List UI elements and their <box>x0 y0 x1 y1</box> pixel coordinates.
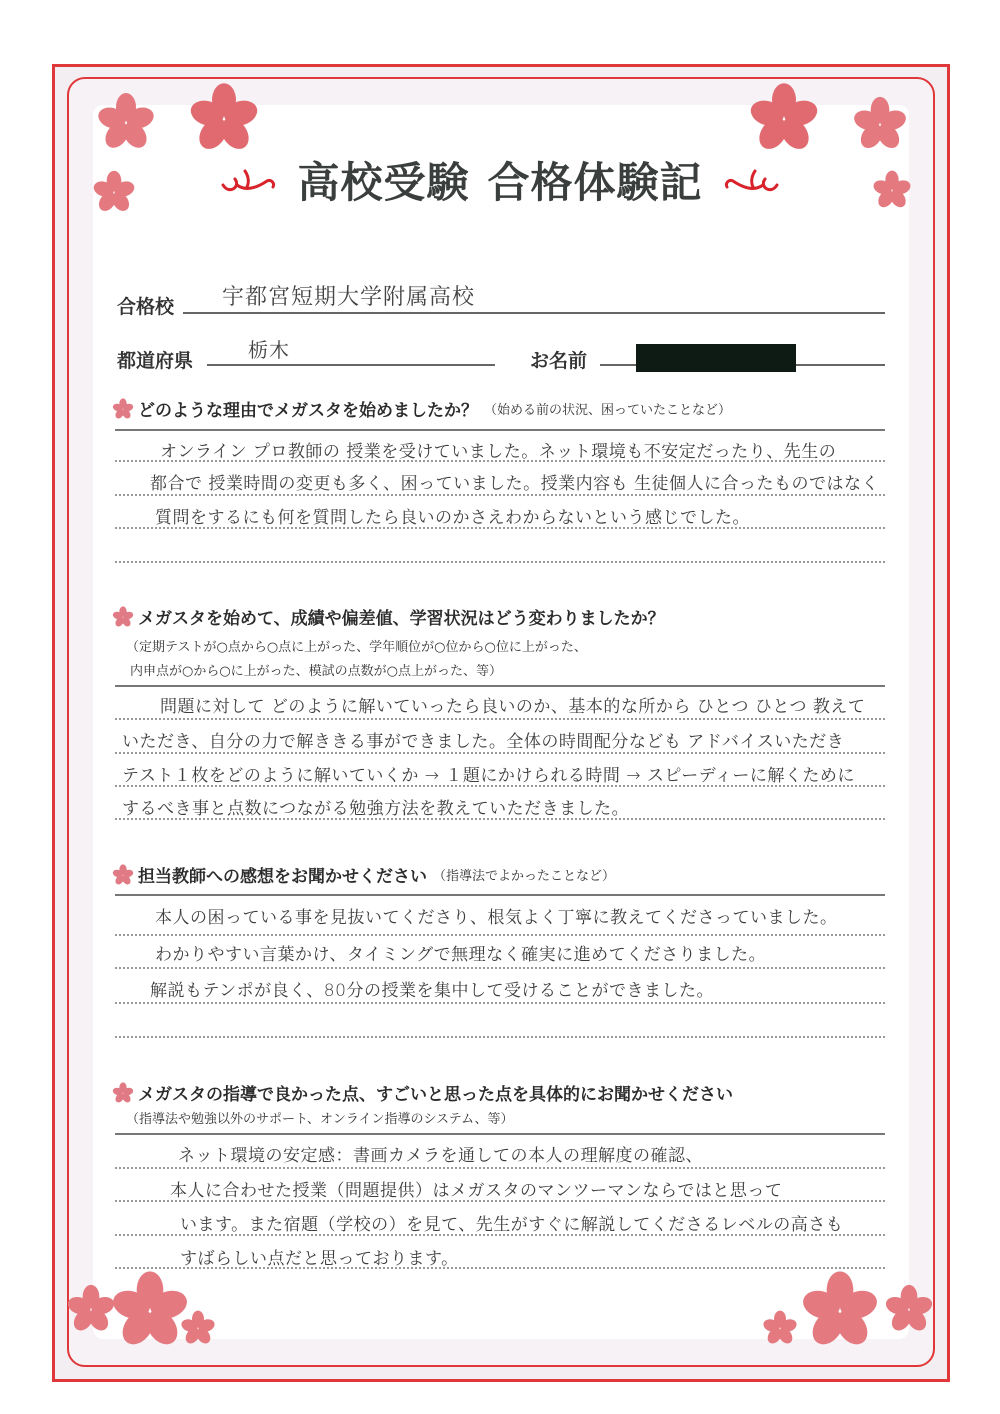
cherry-blossom-icon <box>188 82 260 154</box>
question-text: メガスタの指導で良かった点、すごいと思った点を具体的にお聞かせください <box>138 1080 733 1105</box>
question-note: 内申点が○から○に上がった、模試の点数が○点上がった、等） <box>130 660 502 679</box>
cherry-blossom-icon <box>110 1270 190 1350</box>
cherry-blossom-icon <box>800 1270 880 1350</box>
answer-line: いただき、自分の力で解ききる事ができました。全体の時間配分なども アドバイスいた… <box>122 727 844 752</box>
title-row: 高校受験 合格体験記 <box>0 150 1000 210</box>
question-text: どのような理由でメガスタを始めましたか？ <box>138 396 478 421</box>
answer-line: います。また宿題（学校の）を見て、先生がすぐに解説してくださるレベルの高さも <box>180 1210 843 1235</box>
cherry-blossom-icon <box>762 1310 798 1346</box>
question-subtext: （指導法でよかったことなど） <box>433 865 615 884</box>
prefecture-line <box>207 364 495 366</box>
answer-line: テスト１枚をどのように解いていくか → １題にかけられる時間 → スピーディーに… <box>122 761 855 786</box>
dotted-rule <box>115 494 885 496</box>
answer-line: 本人に合わせた授業（問題提供）はメガスタのマンツーマンならではと思って <box>170 1176 782 1201</box>
cherry-blossom-icon <box>748 82 820 154</box>
answer-line: わかりやすい言葉かけ、タイミングで無理なく確実に進めてくださりました。 <box>155 940 766 965</box>
section-rule <box>115 894 885 896</box>
answer-line: するべき事と点数につながる勉強方法を教えていただきました。 <box>122 794 629 819</box>
answer-line: 質問をするにも何を質問したら良いのかさえわからないという感じでした。 <box>155 503 750 528</box>
dotted-rule <box>115 934 885 936</box>
answer-line: すばらしい点だと思っております。 <box>180 1244 459 1269</box>
question-text: メガスタを始めて、成績や偏差値、学習状況はどう変わりましたか？ <box>138 604 665 629</box>
answer-line: 解説もテンポが良く、80分の授業を集中して受けることができました。 <box>150 976 714 1001</box>
question-1-heading: どのような理由でメガスタを始めましたか？ （始める前の状況、困っていたことなど） <box>112 396 731 421</box>
school-value: 宇都宮短期大学附属高校 <box>222 280 475 311</box>
cherry-blossom-icon <box>112 1082 134 1104</box>
page-title-part1: 高校受験 <box>297 150 469 210</box>
dotted-rule <box>115 785 885 787</box>
inner-border <box>67 77 935 1367</box>
school-label: 合格校 <box>117 292 174 319</box>
dotted-rule <box>115 1036 885 1038</box>
cherry-blossom-icon <box>112 606 134 628</box>
section-rule <box>115 429 885 431</box>
dotted-rule <box>115 460 885 462</box>
question-3-heading: 担当教師への感想をお聞かせください （指導法でよかったことなど） <box>112 862 615 887</box>
cherry-blossom-icon <box>852 96 908 152</box>
dotted-rule <box>115 1267 885 1269</box>
cherry-blossom-icon <box>180 1310 216 1346</box>
flourish-left-icon <box>219 165 279 195</box>
answer-line: 問題に対して どのように解いていったら良いのか、基本的な所から ひとつ ひとつ … <box>160 692 865 717</box>
dotted-rule <box>115 527 885 529</box>
answer-line: ネット環境の安定感：書画カメラを通しての本人の理解度の確認、 <box>178 1141 703 1166</box>
flourish-right-icon <box>721 165 781 195</box>
answer-line: オンライン プロ教師の 授業を受けていました。ネット環境も不安定だったり、先生の <box>160 437 836 462</box>
dotted-rule <box>115 752 885 754</box>
dotted-rule <box>115 718 885 720</box>
answer-line: 本人の困っている事を見抜いてくださり、根気よく丁寧に教えてくださっていました。 <box>155 903 838 928</box>
cherry-blossom-icon <box>884 1284 934 1334</box>
cherry-blossom-icon <box>96 92 156 152</box>
page-title-part2: 合格体験記 <box>488 150 703 210</box>
prefecture-label: 都道府県 <box>117 346 193 373</box>
section-rule <box>115 1133 885 1135</box>
school-line <box>183 312 885 314</box>
dotted-rule <box>115 1234 885 1236</box>
question-text: 担当教師への感想をお聞かせください <box>138 862 427 887</box>
name-redaction <box>636 344 796 372</box>
dotted-rule <box>115 1002 885 1004</box>
name-label: お名前 <box>530 346 587 373</box>
dotted-rule <box>115 818 885 820</box>
cherry-blossom-icon <box>112 864 134 886</box>
dotted-rule <box>115 967 885 969</box>
section-rule <box>115 685 885 687</box>
question-subtext: （始める前の状況、困っていたことなど） <box>484 399 731 418</box>
cherry-blossom-icon <box>112 398 134 420</box>
answer-line: 都合で 授業時間の変更も多く、困っていました。授業内容も 生徒個人に合ったもので… <box>150 469 879 494</box>
dotted-rule <box>115 1167 885 1169</box>
question-note: （定期テストが○点から○点に上がった、学年順位が○位から○位に上がった、 <box>126 636 587 655</box>
dotted-rule <box>115 1200 885 1202</box>
question-note: （指導法や勉強以外のサポート、オンライン指導のシステム、等） <box>126 1108 514 1127</box>
cherry-blossom-icon <box>66 1284 116 1334</box>
dotted-rule <box>115 561 885 563</box>
prefecture-value: 栃木 <box>248 334 290 363</box>
question-4-heading: メガスタの指導で良かった点、すごいと思った点を具体的にお聞かせください <box>112 1080 733 1105</box>
question-2-heading: メガスタを始めて、成績や偏差値、学習状況はどう変わりましたか？ <box>112 604 665 629</box>
